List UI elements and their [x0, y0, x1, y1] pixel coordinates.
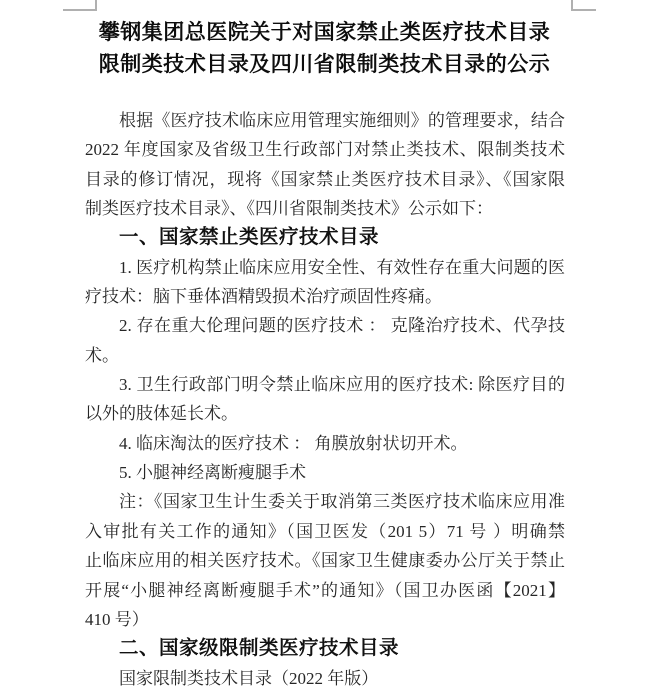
- text-line: 410 号）: [85, 605, 565, 634]
- text-line: 以外的肢体延长术。: [85, 399, 565, 428]
- text-line: 2022 年度国家及省级卫生行政部门对禁止类技术、限制类技术: [85, 135, 565, 164]
- text-line: 疗技术：脑下垂体酒精毁损术治疗顽固性疼痛。: [85, 282, 565, 311]
- text-line: 制类医疗技术目录》、《四川省限制类技术》公示如下：: [85, 194, 565, 223]
- text-line: 4. 临床淘汰的医疗技术 ： 角膜放射状切开术。: [85, 429, 565, 458]
- text-line: 根据《医疗技术临床应用管理实施细则》的管理要求，结合: [85, 106, 565, 135]
- text-line: 1. 医疗机构禁止临床应用安全性、有效性存在重大问题的医: [85, 253, 565, 282]
- doc-title-line-1: 攀钢集团总医院关于对国家禁止类医疗技术目录: [0, 16, 649, 48]
- text-line: 注：《国家卫生计生委关于取消第三类医疗技术临床应用准: [85, 487, 565, 516]
- margin-corner-mark-left: [63, 0, 97, 11]
- text-line: 5. 小腿神经离断瘦腿手术: [85, 458, 565, 487]
- doc-title-line-2: 限制类技术目录及四川省限制类技术目录的公示: [0, 48, 649, 80]
- text-line: 开展“小腿神经离断瘦腿手术”的通知》（国卫办医函【2021】: [85, 576, 565, 605]
- document-page: 攀钢集团总医院关于对国家禁止类医疗技术目录 限制类技术目录及四川省限制类技术目录…: [0, 0, 649, 700]
- text-line: 2. 存在重大伦理问题的医疗技术 ： 克隆治疗技术、代孕技: [85, 311, 565, 340]
- text-line: 入审批有关工作的通知》（国卫医发（201 5）71 号 ）明确禁: [85, 517, 565, 546]
- section-heading-1: 一、国家禁止类医疗技术目录: [85, 223, 565, 252]
- section-heading-2: 二、国家级限制类医疗技术目录: [85, 634, 565, 663]
- margin-corner-mark-right: [571, 0, 596, 11]
- text-line: 止临床应用的相关医疗技术。《国家卫生健康委办公厅关于禁止: [85, 546, 565, 575]
- text-line: 3. 卫生行政部门明令禁止临床应用的医疗技术: 除医疗目的: [85, 370, 565, 399]
- document-title: 攀钢集团总医院关于对国家禁止类医疗技术目录 限制类技术目录及四川省限制类技术目录…: [0, 0, 649, 80]
- text-line: 术。: [85, 341, 565, 370]
- text-line: 目录的修订情况，现将《国家禁止类医疗技术目录》、《国家限: [85, 165, 565, 194]
- text-line: 国家限制类技术目录（2022 年版）: [85, 664, 565, 693]
- document-body: 根据《医疗技术临床应用管理实施细则》的管理要求，结合 2022 年度国家及省级卫…: [85, 106, 565, 693]
